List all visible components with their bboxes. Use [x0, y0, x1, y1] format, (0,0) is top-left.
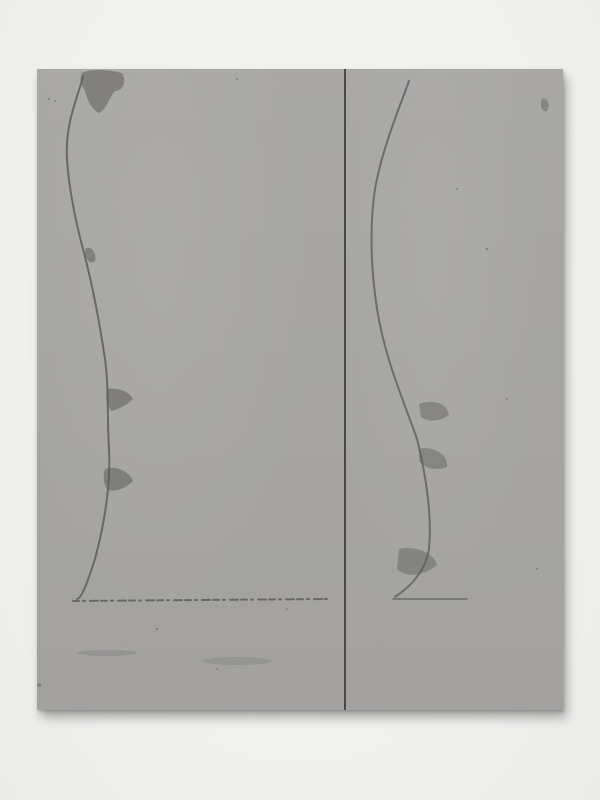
right-top-corner-marks	[541, 99, 549, 112]
left-mid-blotch-1	[106, 388, 133, 411]
right-bottom-blotch	[397, 548, 437, 575]
concrete-specks	[37, 78, 538, 687]
left-trace-line	[67, 77, 110, 599]
bottom-smudge-2	[202, 657, 272, 665]
traced-marks	[37, 69, 563, 710]
concrete-artwork	[37, 69, 563, 710]
right-mid-blotch	[419, 402, 449, 421]
left-top-blotch	[81, 70, 125, 113]
right-trace-line	[371, 81, 429, 597]
left-trace-dotted-baseline	[73, 599, 327, 601]
left-mid-blotch-2	[104, 468, 133, 491]
bottom-smudge-1	[77, 650, 137, 656]
